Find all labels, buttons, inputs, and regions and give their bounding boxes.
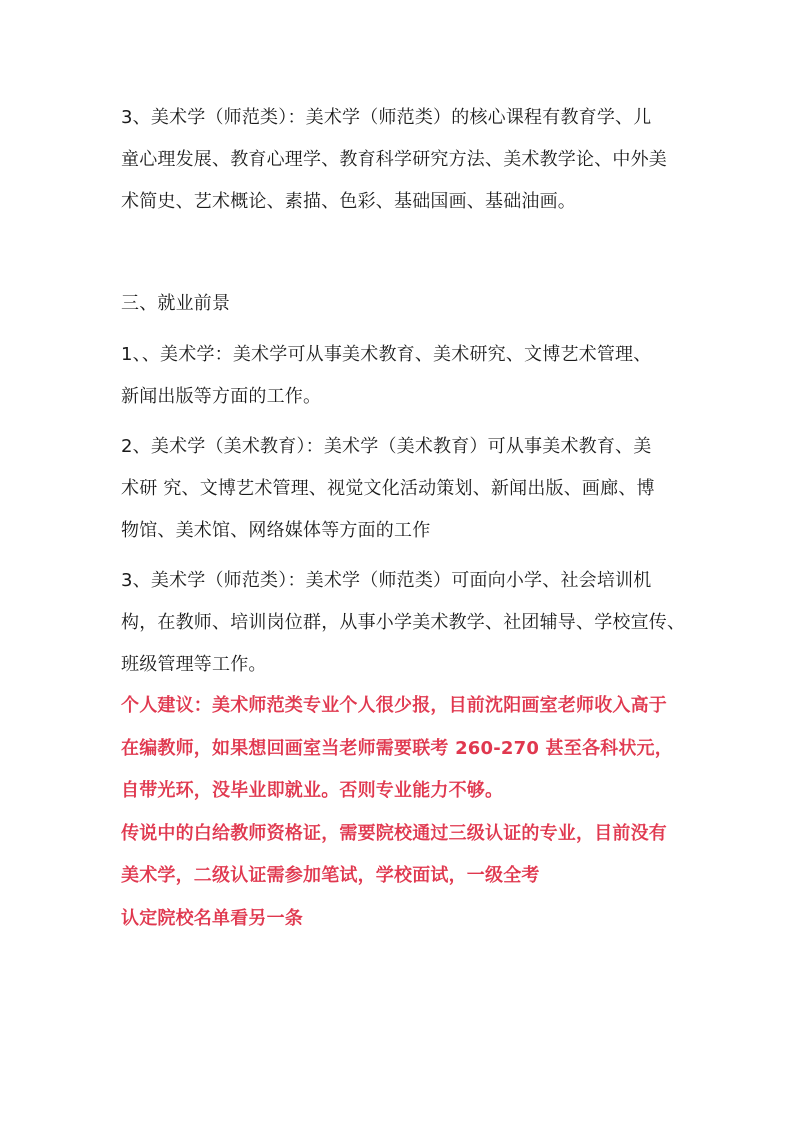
employment-paragraph-3: 3、美术学（师范类）：美术学（师范类）可面向小学、社会培训机 构，在教师、培训岗… (121, 560, 691, 686)
advice-line: 个人建议：美术师范类专业个人很少报，目前沈阳画室老师收入高于 (121, 685, 691, 728)
curriculum-paragraph-3: 3、美术学（师范类）：美术学（师范类）的核心课程有教育学、儿 童心理发展、教育心… (121, 97, 691, 223)
document-page: 3、美术学（师范类）：美术学（师范类）的核心课程有教育学、儿 童心理发展、教育心… (0, 0, 800, 1132)
text-line: 构，在教师、培训岗位群，从事小学美术教学、社团辅导、学校宣传、 (121, 602, 691, 644)
text-line: 新闻出版等方面的工作。 (121, 376, 691, 418)
advice-line: 传说中的白给教师资格证，需要院校通过三级认证的专业，目前没有 (121, 813, 691, 856)
text-line: 童心理发展、教育心理学、教育科学研究方法、美术教学论、中外美 (121, 139, 691, 181)
section-heading-employment: 三、就业前景 (121, 283, 691, 325)
personal-advice-paragraph: 个人建议：美术师范类专业个人很少报，目前沈阳画室老师收入高于 在编教师，如果想回… (121, 685, 691, 940)
advice-line: 认定院校名单看另一条 (121, 898, 691, 941)
advice-line: 在编教师，如果想回画室当老师需要联考 260-270 甚至各科状元， (121, 728, 691, 771)
text-line: 3、美术学（师范类）：美术学（师范类）的核心课程有教育学、儿 (121, 97, 691, 139)
employment-paragraph-1: 1、、美术学：美术学可从事美术教育、美术研究、文博艺术管理、 新闻出版等方面的工… (121, 334, 691, 418)
advice-line: 美术学，二级认证需参加笔试，学校面试，一级全考 (121, 855, 691, 898)
text-line: 班级管理等工作。 (121, 644, 691, 686)
heading-text: 三、就业前景 (121, 283, 691, 325)
text-line: 3、美术学（师范类）：美术学（师范类）可面向小学、社会培训机 (121, 560, 691, 602)
text-line: 1、、美术学：美术学可从事美术教育、美术研究、文博艺术管理、 (121, 334, 691, 376)
advice-line: 自带光环，没毕业即就业。否则专业能力不够。 (121, 770, 691, 813)
text-line: 2、美术学（美术教育）：美术学（美术教育）可从事美术教育、美 (121, 426, 691, 468)
text-line: 物馆、美术馆、网络媒体等方面的工作 (121, 510, 691, 552)
text-line: 术简史、艺术概论、素描、色彩、基础国画、基础油画。 (121, 181, 691, 223)
employment-paragraph-2: 2、美术学（美术教育）：美术学（美术教育）可从事美术教育、美 术研 究、文博艺术… (121, 426, 691, 552)
text-line: 术研 究、文博艺术管理、视觉文化活动策划、新闻出版、画廊、博 (121, 468, 691, 510)
